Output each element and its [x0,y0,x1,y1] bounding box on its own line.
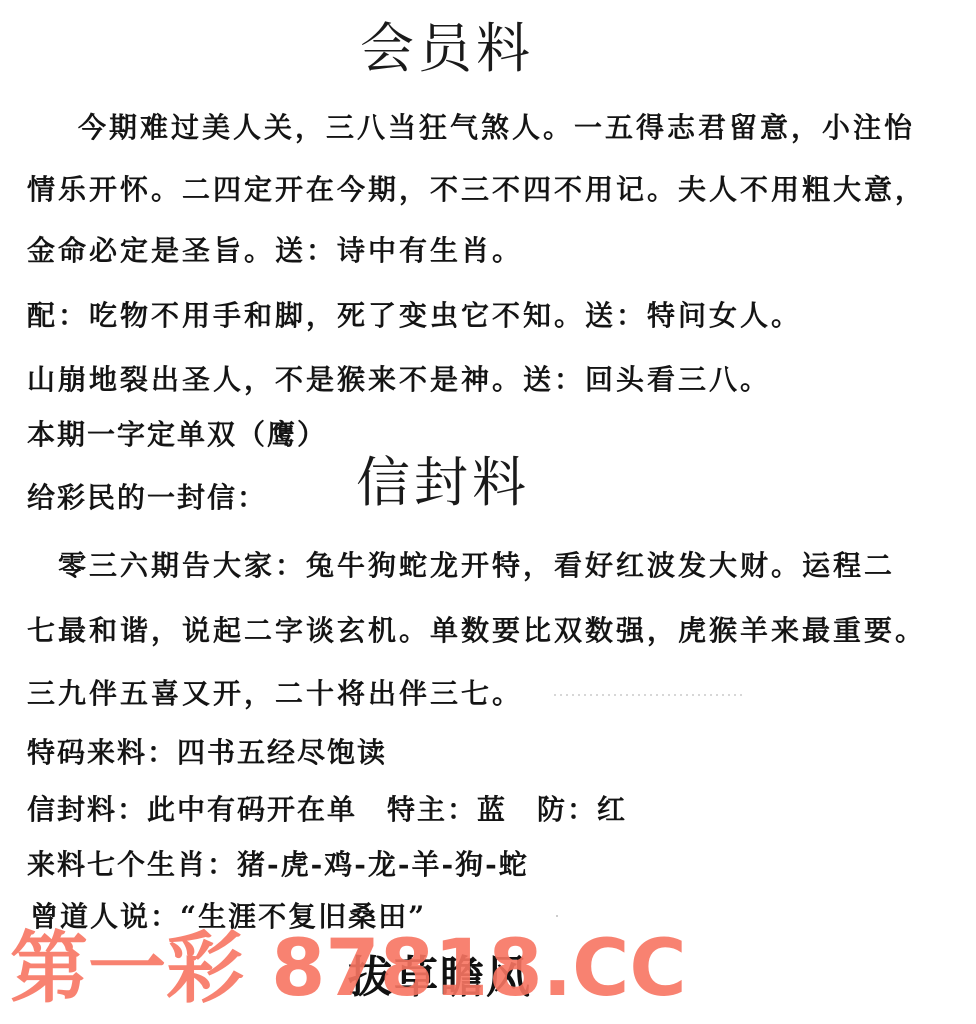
faint-dot [556,915,558,917]
member-line-4: 配：吃物不用手和脚，死了变虫它不知。送：特问女人。 [27,302,802,330]
faint-dotted-remnant [552,694,742,696]
single-double-line: 本期一字定单双（鹰） [27,421,327,449]
letter-intro-label: 给彩民的一封信： [27,484,267,512]
letter-section-title: 信封料 [356,456,530,510]
member-section-title: 会员料 [360,22,534,76]
member-line-3: 金命必定是圣旨。送：诗中有生肖。 [27,237,523,265]
letter-line-1: 零三六期告大家：兔牛狗蛇龙开特，看好红波发大财。运程二 [58,552,895,580]
letter-line-2: 七最和谐，说起二字谈玄机。单数要比双数强，虎猴羊来最重要。 [27,617,926,645]
member-line-1: 今期难过美人关，三八当狂气煞人。一五得志君留意，小注怡 [78,114,915,142]
member-line-2: 情乐开怀。二四定开在今期，不三不四不用记。夫人不用粗大意， [27,176,926,204]
letter-line-3: 三九伴五喜又开，二十将出伴三七。 [27,680,523,708]
site-watermark: 第一彩 87818.CC [10,930,687,1008]
member-line-5: 山崩地裂出圣人，不是猴来不是神。送：回头看三八。 [27,366,771,394]
envelope-line: 信封料：此中有码开在单 特主：蓝 防：红 [27,796,627,824]
special-code-line: 特码来料：四书五经尽饱读 [27,739,387,767]
seven-zodiacs-line: 来料七个生肖：猪-虎-鸡-龙-羊-狗-蛇 [27,851,529,879]
